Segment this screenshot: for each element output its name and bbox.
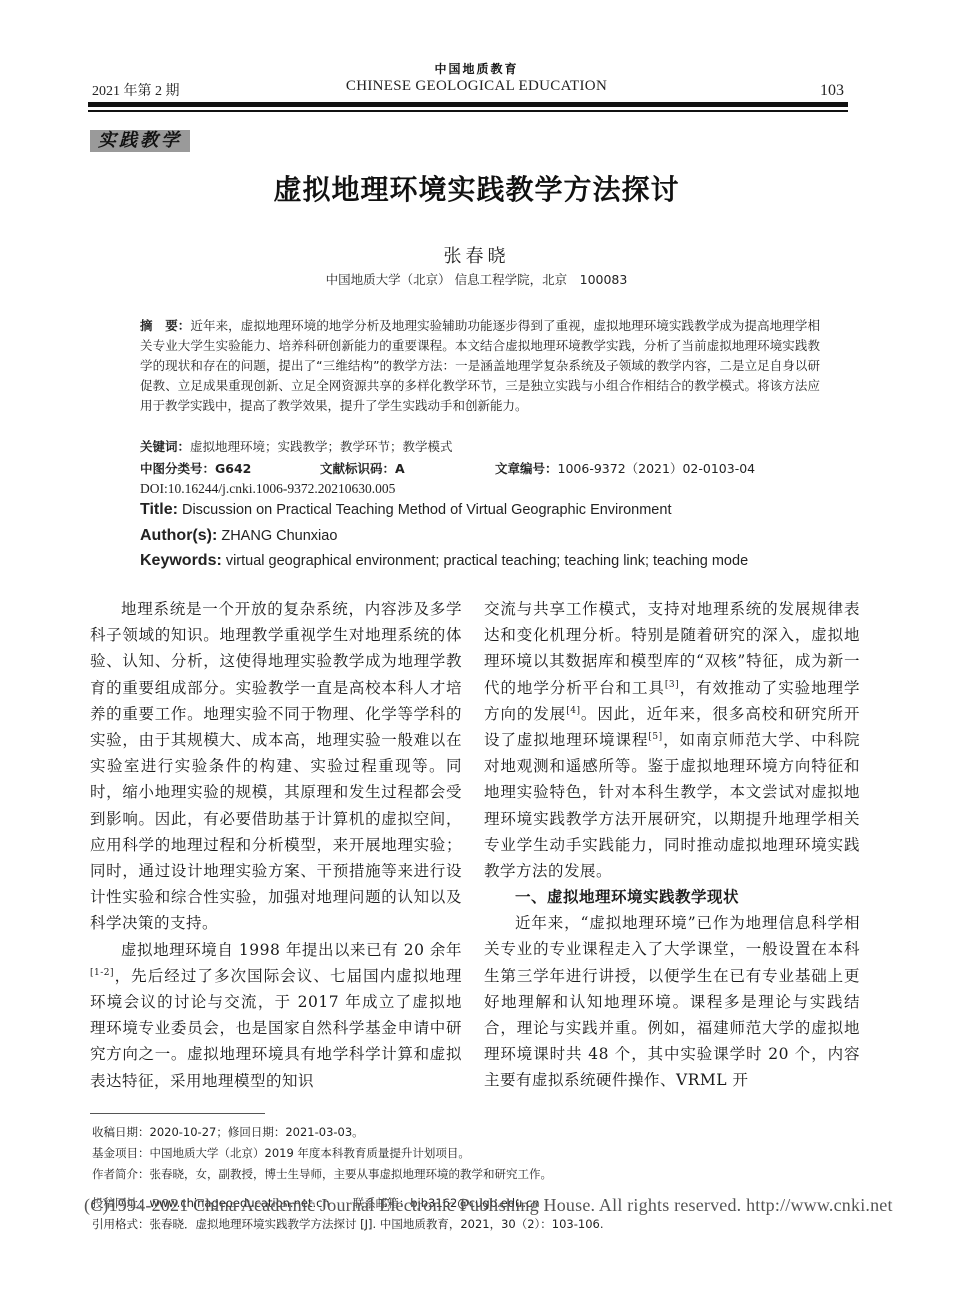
header-rule-thick	[88, 102, 848, 107]
english-author: Author(s): ZHANG Chunxiao	[140, 527, 337, 545]
footnote-divider	[90, 1113, 265, 1114]
english-keywords-label: Keywords:	[140, 552, 222, 569]
text-run: ，如南京师范大学、中科院对地观测和遥感所等。鉴于虚拟地理环境方向特征和地理实验特…	[484, 731, 860, 880]
section-tag: 实践教学	[90, 130, 190, 152]
journal-name-cn: 中国地质教育	[0, 60, 953, 77]
footnotes: 收稿日期：2020-10-27；修回日期：2021-03-03。 基金项目：中国…	[92, 1122, 872, 1235]
text-run: 虚拟地理环境自 1998 年提出以来已有 20 余年	[121, 941, 462, 959]
abstract-label: 摘 要：	[140, 318, 190, 333]
keywords-cn-value: 虚拟地理环境；实践教学；教学环节；教学模式	[190, 439, 453, 454]
article-author: 张春晓	[0, 242, 953, 268]
english-author-value: ZHANG Chunxiao	[217, 528, 337, 544]
body-column-right: 交流与共享工作模式，支持对地理系统的发展规律表达和变化机理分析。特别是随着研究的…	[484, 596, 860, 1094]
english-author-label: Author(s):	[140, 527, 217, 544]
english-title-value: Discussion on Practical Teaching Method …	[178, 502, 672, 518]
keywords-cn-label: 关键词：	[140, 439, 190, 454]
abstract: 摘 要：近年来，虚拟地理环境的地学分析及地理实验辅助功能逐步得到了重视，虚拟地理…	[140, 316, 820, 416]
author-affiliation: 中国地质大学（北京） 信息工程学院，北京 100083	[0, 270, 953, 288]
footnote-received: 收稿日期：2020-10-27；修回日期：2021-03-03。	[92, 1122, 872, 1143]
english-keywords-value: virtual geographical environment; practi…	[222, 553, 748, 569]
body-paragraph: 虚拟地理环境自 1998 年提出以来已有 20 余年[1-2]，先后经过了多次国…	[90, 937, 462, 1094]
citation-ref[interactable]: [4]	[566, 706, 580, 716]
footnote-citation: 引用格式：张春晓．虚拟地理环境实践教学方法探讨 [J]. 中国地质教育，2021…	[92, 1214, 872, 1235]
footnote-author-bio: 作者简介：张春晓，女，副教授，博士生导师，主要从事虚拟地理环境的教学和研究工作。	[92, 1164, 872, 1185]
section-heading: 一、虚拟地理环境实践教学现状	[484, 884, 860, 910]
doc-code-value: A	[395, 461, 405, 476]
clc-label: 中图分类号：	[140, 461, 215, 476]
citation-ref[interactable]: [5]	[648, 732, 662, 742]
clc-value: G642	[215, 461, 251, 476]
header-rule-thin	[88, 110, 848, 112]
classification-line: 中图分类号：G642文献标识码：A文章编号：1006-9372（2021）02-…	[140, 459, 820, 477]
keywords-cn: 关键词：虚拟地理环境；实践教学；教学环节；教学模式	[140, 437, 453, 455]
citation-ref[interactable]: [3]	[665, 679, 679, 689]
body-column-left: 地理系统是一个开放的复杂系统，内容涉及多学科子领域的知识。地理教学重视学生对地理…	[90, 596, 462, 1094]
doc-code-label: 文献标识码：	[320, 461, 395, 476]
footnote-fund: 基金项目：中国地质大学（北京）2019 年度本科教育质量提升计划项目。	[92, 1143, 872, 1164]
citation-ref[interactable]: [1-2]	[90, 968, 114, 978]
body-paragraph: 地理系统是一个开放的复杂系统，内容涉及多学科子领域的知识。地理教学重视学生对地理…	[90, 596, 462, 937]
doi[interactable]: DOI:10.16244/j.cnki.1006-9372.20210630.0…	[140, 481, 395, 497]
body-paragraph: 近年来，“虚拟地理环境”已作为地理信息科学相关专业的专业课程走入了大学课堂，一般…	[484, 910, 860, 1093]
copyright-watermark: (C)1994-2021 China Academic Journal Elec…	[84, 1195, 893, 1216]
english-title-label: Title:	[140, 501, 178, 518]
english-keywords: Keywords: virtual geographical environme…	[140, 552, 748, 570]
text-run: ，先后经过了多次国际会议、七届国内虚拟地理环境会议的讨论与交流，于 2017 年…	[90, 967, 462, 1090]
abstract-text: 近年来，虚拟地理环境的地学分析及地理实验辅助功能逐步得到了重视，虚拟地理环境实践…	[140, 318, 820, 413]
page-number: 103	[820, 82, 844, 100]
journal-name-en: CHINESE GEOLOGICAL EDUCATION	[0, 78, 953, 95]
article-title: 虚拟地理环境实践教学方法探讨	[0, 168, 953, 208]
english-title: Title: Discussion on Practical Teaching …	[140, 501, 671, 519]
body-paragraph: 交流与共享工作模式，支持对地理系统的发展规律表达和变化机理分析。特别是随着研究的…	[484, 596, 860, 884]
article-no-value: 1006-9372（2021）02-0103-04	[558, 461, 756, 476]
article-no-label: 文章编号：	[495, 461, 558, 476]
